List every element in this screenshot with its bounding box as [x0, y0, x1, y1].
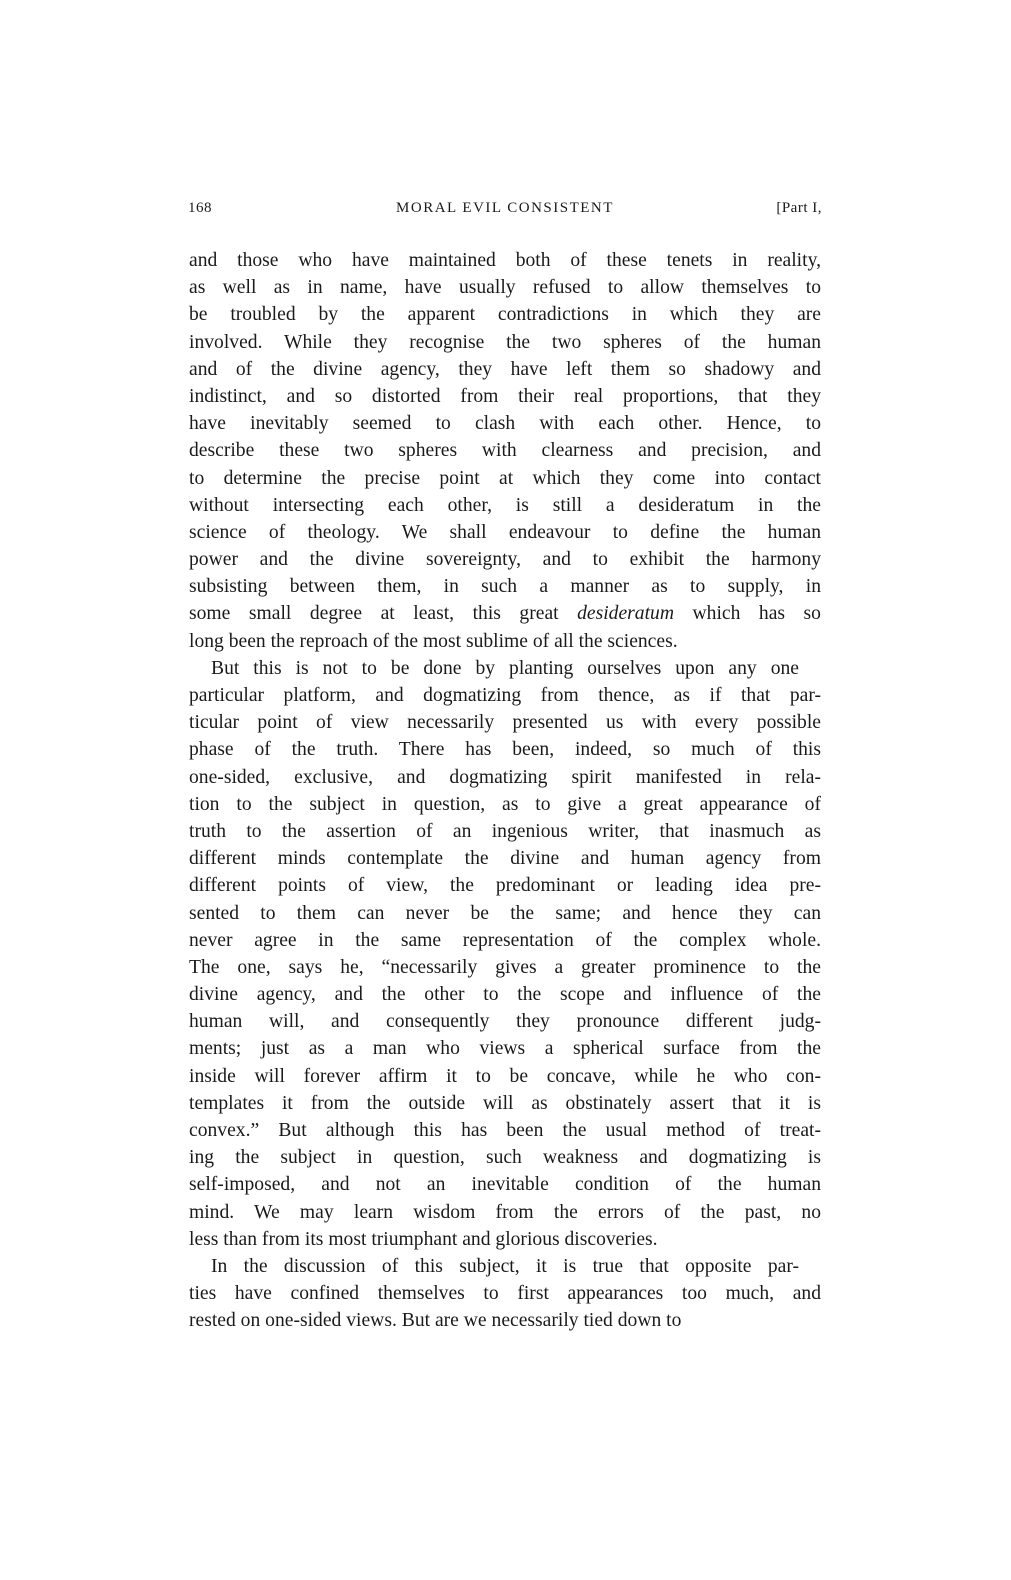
text-line: human will, and consequently they pronou… — [189, 1008, 821, 1035]
text-line: involved. While they recognise the two s… — [189, 329, 821, 356]
text-line: ticular point of view necessarily presen… — [189, 709, 821, 736]
text-line: one-sided, exclusive, and dogmatizing sp… — [189, 764, 821, 791]
text-line: mind. We may learn wisdom from the error… — [189, 1199, 821, 1226]
text-line: phase of the truth. There has been, inde… — [189, 736, 821, 763]
text-line: rested on one-sided views. But are we ne… — [189, 1307, 821, 1334]
text-line: sented to them can never be the same; an… — [189, 900, 821, 927]
page-body: and those who have maintained both of th… — [189, 247, 821, 1335]
text-line: power and the divine sovereignty, and to… — [189, 546, 821, 573]
running-header: 168 MORAL EVIL CONSISTENT [Part I, — [188, 200, 822, 224]
text-line: In the discussion of this subject, it is… — [189, 1253, 821, 1280]
text-line: without intersecting each other, is stil… — [189, 492, 821, 519]
text-line: long been the reproach of the most subli… — [189, 628, 821, 655]
text-line: less than from its most triumphant and g… — [189, 1226, 821, 1253]
text-line: have inevitably seemed to clash with eac… — [189, 410, 821, 437]
text-line: be troubled by the apparent contradictio… — [189, 301, 821, 328]
text-line: particular platform, and dogmatizing fro… — [189, 682, 821, 709]
text-line: ties have confined themselves to first a… — [189, 1280, 821, 1307]
text-line: self-imposed, and not an inevitable cond… — [189, 1171, 821, 1198]
text-line: indistinct, and so distorted from their … — [189, 383, 821, 410]
text-line: ing the subject in question, such weakne… — [189, 1144, 821, 1171]
paragraph: and those who have maintained both of th… — [189, 247, 821, 655]
text-line: divine agency, and the other to the scop… — [189, 981, 821, 1008]
text-line: convex.” But although this has been the … — [189, 1117, 821, 1144]
text-line: inside will forever affirm it to be conc… — [189, 1063, 821, 1090]
text-line: ments; just as a man who views a spheric… — [189, 1035, 821, 1062]
text-line: never agree in the same representation o… — [189, 927, 821, 954]
running-title: MORAL EVIL CONSISTENT — [188, 200, 822, 217]
paragraph: In the discussion of this subject, it is… — [189, 1253, 821, 1335]
text-line: different points of view, the predominan… — [189, 872, 821, 899]
text-line: tion to the subject in question, as to g… — [189, 791, 821, 818]
text-line: templates it from the outside will as ob… — [189, 1090, 821, 1117]
text-line: different minds contemplate the divine a… — [189, 845, 821, 872]
text-line: to determine the precise point at which … — [189, 465, 821, 492]
text-line: describe these two spheres with clearnes… — [189, 437, 821, 464]
text-line: and those who have maintained both of th… — [189, 247, 821, 274]
text-line: The one, says he, “necessarily gives a g… — [189, 954, 821, 981]
paragraph: But this is not to be done by planting o… — [189, 655, 821, 1253]
text-line: some small degree at least, this great d… — [189, 600, 821, 627]
text-line: subsisting between them, in such a manne… — [189, 573, 821, 600]
text-line: science of theology. We shall endeavour … — [189, 519, 821, 546]
text-line: But this is not to be done by planting o… — [189, 655, 821, 682]
text-line: as well as in name, have usually refused… — [189, 274, 821, 301]
part-label: [Part I, — [776, 200, 822, 217]
text-line: truth to the assertion of an ingenious w… — [189, 818, 821, 845]
text-line: and of the divine agency, they have left… — [189, 356, 821, 383]
